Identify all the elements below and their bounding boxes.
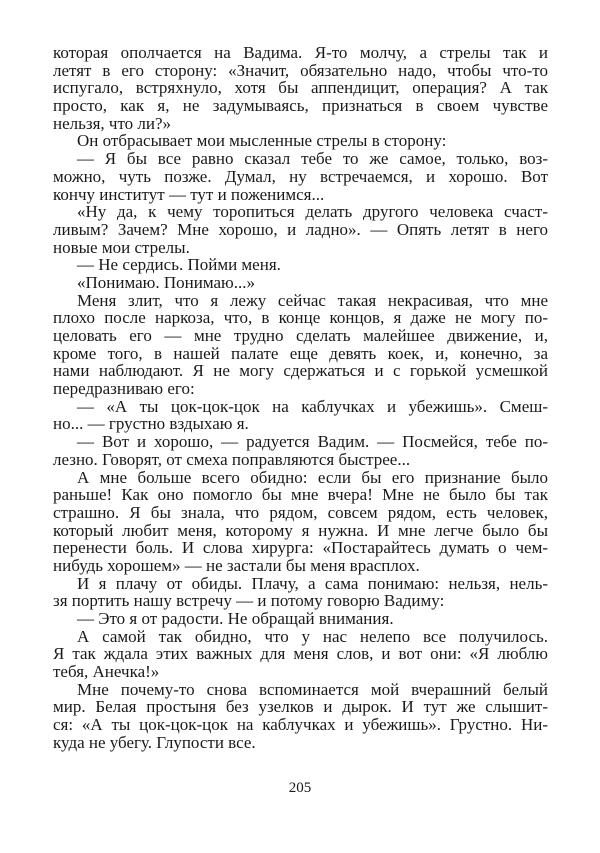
text-line: целовать его — мне трудно сделать малейш… (53, 327, 548, 345)
body-text: которая ополчается на Вадима. Я-то молчу… (53, 44, 548, 752)
text-line: нельзя, что ли?» (53, 115, 548, 133)
text-line: кроме того, в нашей палате еще девять ко… (53, 345, 548, 363)
text-line: который любит меня, которому я нужна. И … (53, 522, 548, 540)
text-line: И я плачу от обиды. Плачу, а сама понима… (53, 575, 548, 593)
text-line: раньше! Как оно помогло бы мне вчера! Мн… (53, 486, 548, 504)
text-line: — Это я от радости. Не обращай внимания. (53, 610, 548, 628)
text-line: зя портить нашу встречу — и потому говор… (53, 592, 548, 610)
text-line: тебя, Анечка!» (53, 663, 548, 681)
text-line: летят в его сторону: «Значит, обязательн… (53, 62, 548, 80)
text-line: которая ополчается на Вадима. Я-то молчу… (53, 44, 548, 62)
text-line: передразниваю его: (53, 380, 548, 398)
text-line: страшно. Я бы знала, что рядом, совсем р… (53, 504, 548, 522)
text-line: — «А ты цок-цок-цок на каблучках и убежи… (53, 398, 548, 416)
text-line: нами наблюдают. Я не могу сдержаться и с… (53, 362, 548, 380)
text-line: плохо после наркоза, что, в конце концов… (53, 309, 548, 327)
text-line: — Не сердись. Пойми меня. (53, 256, 548, 274)
text-line: ся: «А ты цок-цок-цок на каблучках и убе… (53, 716, 548, 734)
text-line: перенести боль. И слова хирурга: «Постар… (53, 539, 548, 557)
text-line: Он отбрасывает мои мысленные стрелы в ст… (53, 132, 548, 150)
text-line: кончу институт — тут и поженимся... (53, 186, 548, 204)
text-line: А самой так обидно, что у нас нелепо все… (53, 628, 548, 646)
text-line: новые мои стрелы. (53, 239, 548, 257)
text-line: лезно. Говорят, от смеха поправляются бы… (53, 451, 548, 469)
text-line: можно, чуть позже. Думал, ну встречаемся… (53, 168, 548, 186)
text-line: куда не убегу. Глупости все. (53, 734, 548, 752)
text-line: мир. Белая простыня без узелков и дырок.… (53, 698, 548, 716)
page-number: 205 (0, 780, 600, 797)
text-line: «Понимаю. Понимаю...» (53, 274, 548, 292)
text-line: Меня злит, что я лежу сейчас такая некра… (53, 292, 548, 310)
text-line: испугало, встряхнуло, хотя бы аппендицит… (53, 79, 548, 97)
text-line: просто, как я, не задумываясь, признатьс… (53, 97, 548, 115)
text-line: но... — грустно вздыхаю я. (53, 415, 548, 433)
book-page: которая ополчается на Вадима. Я-то молчу… (0, 0, 600, 853)
text-line: Мне почему-то снова вспоминается мой вче… (53, 681, 548, 699)
text-line: — Я бы все равно сказал тебе то же самое… (53, 150, 548, 168)
text-line: ливым? Зачем? Мне хорошо, и ладно». — Оп… (53, 221, 548, 239)
text-line: «Ну да, к чему торопиться делать другого… (53, 203, 548, 221)
text-line: Я так ждала этих важных для меня слов, и… (53, 645, 548, 663)
text-line: А мне больше всего обидно: если бы его п… (53, 469, 548, 487)
text-line: нибудь хорошем» — не застали бы меня вра… (53, 557, 548, 575)
text-line: — Вот и хорошо, — радуется Вадим. — Посм… (53, 433, 548, 451)
